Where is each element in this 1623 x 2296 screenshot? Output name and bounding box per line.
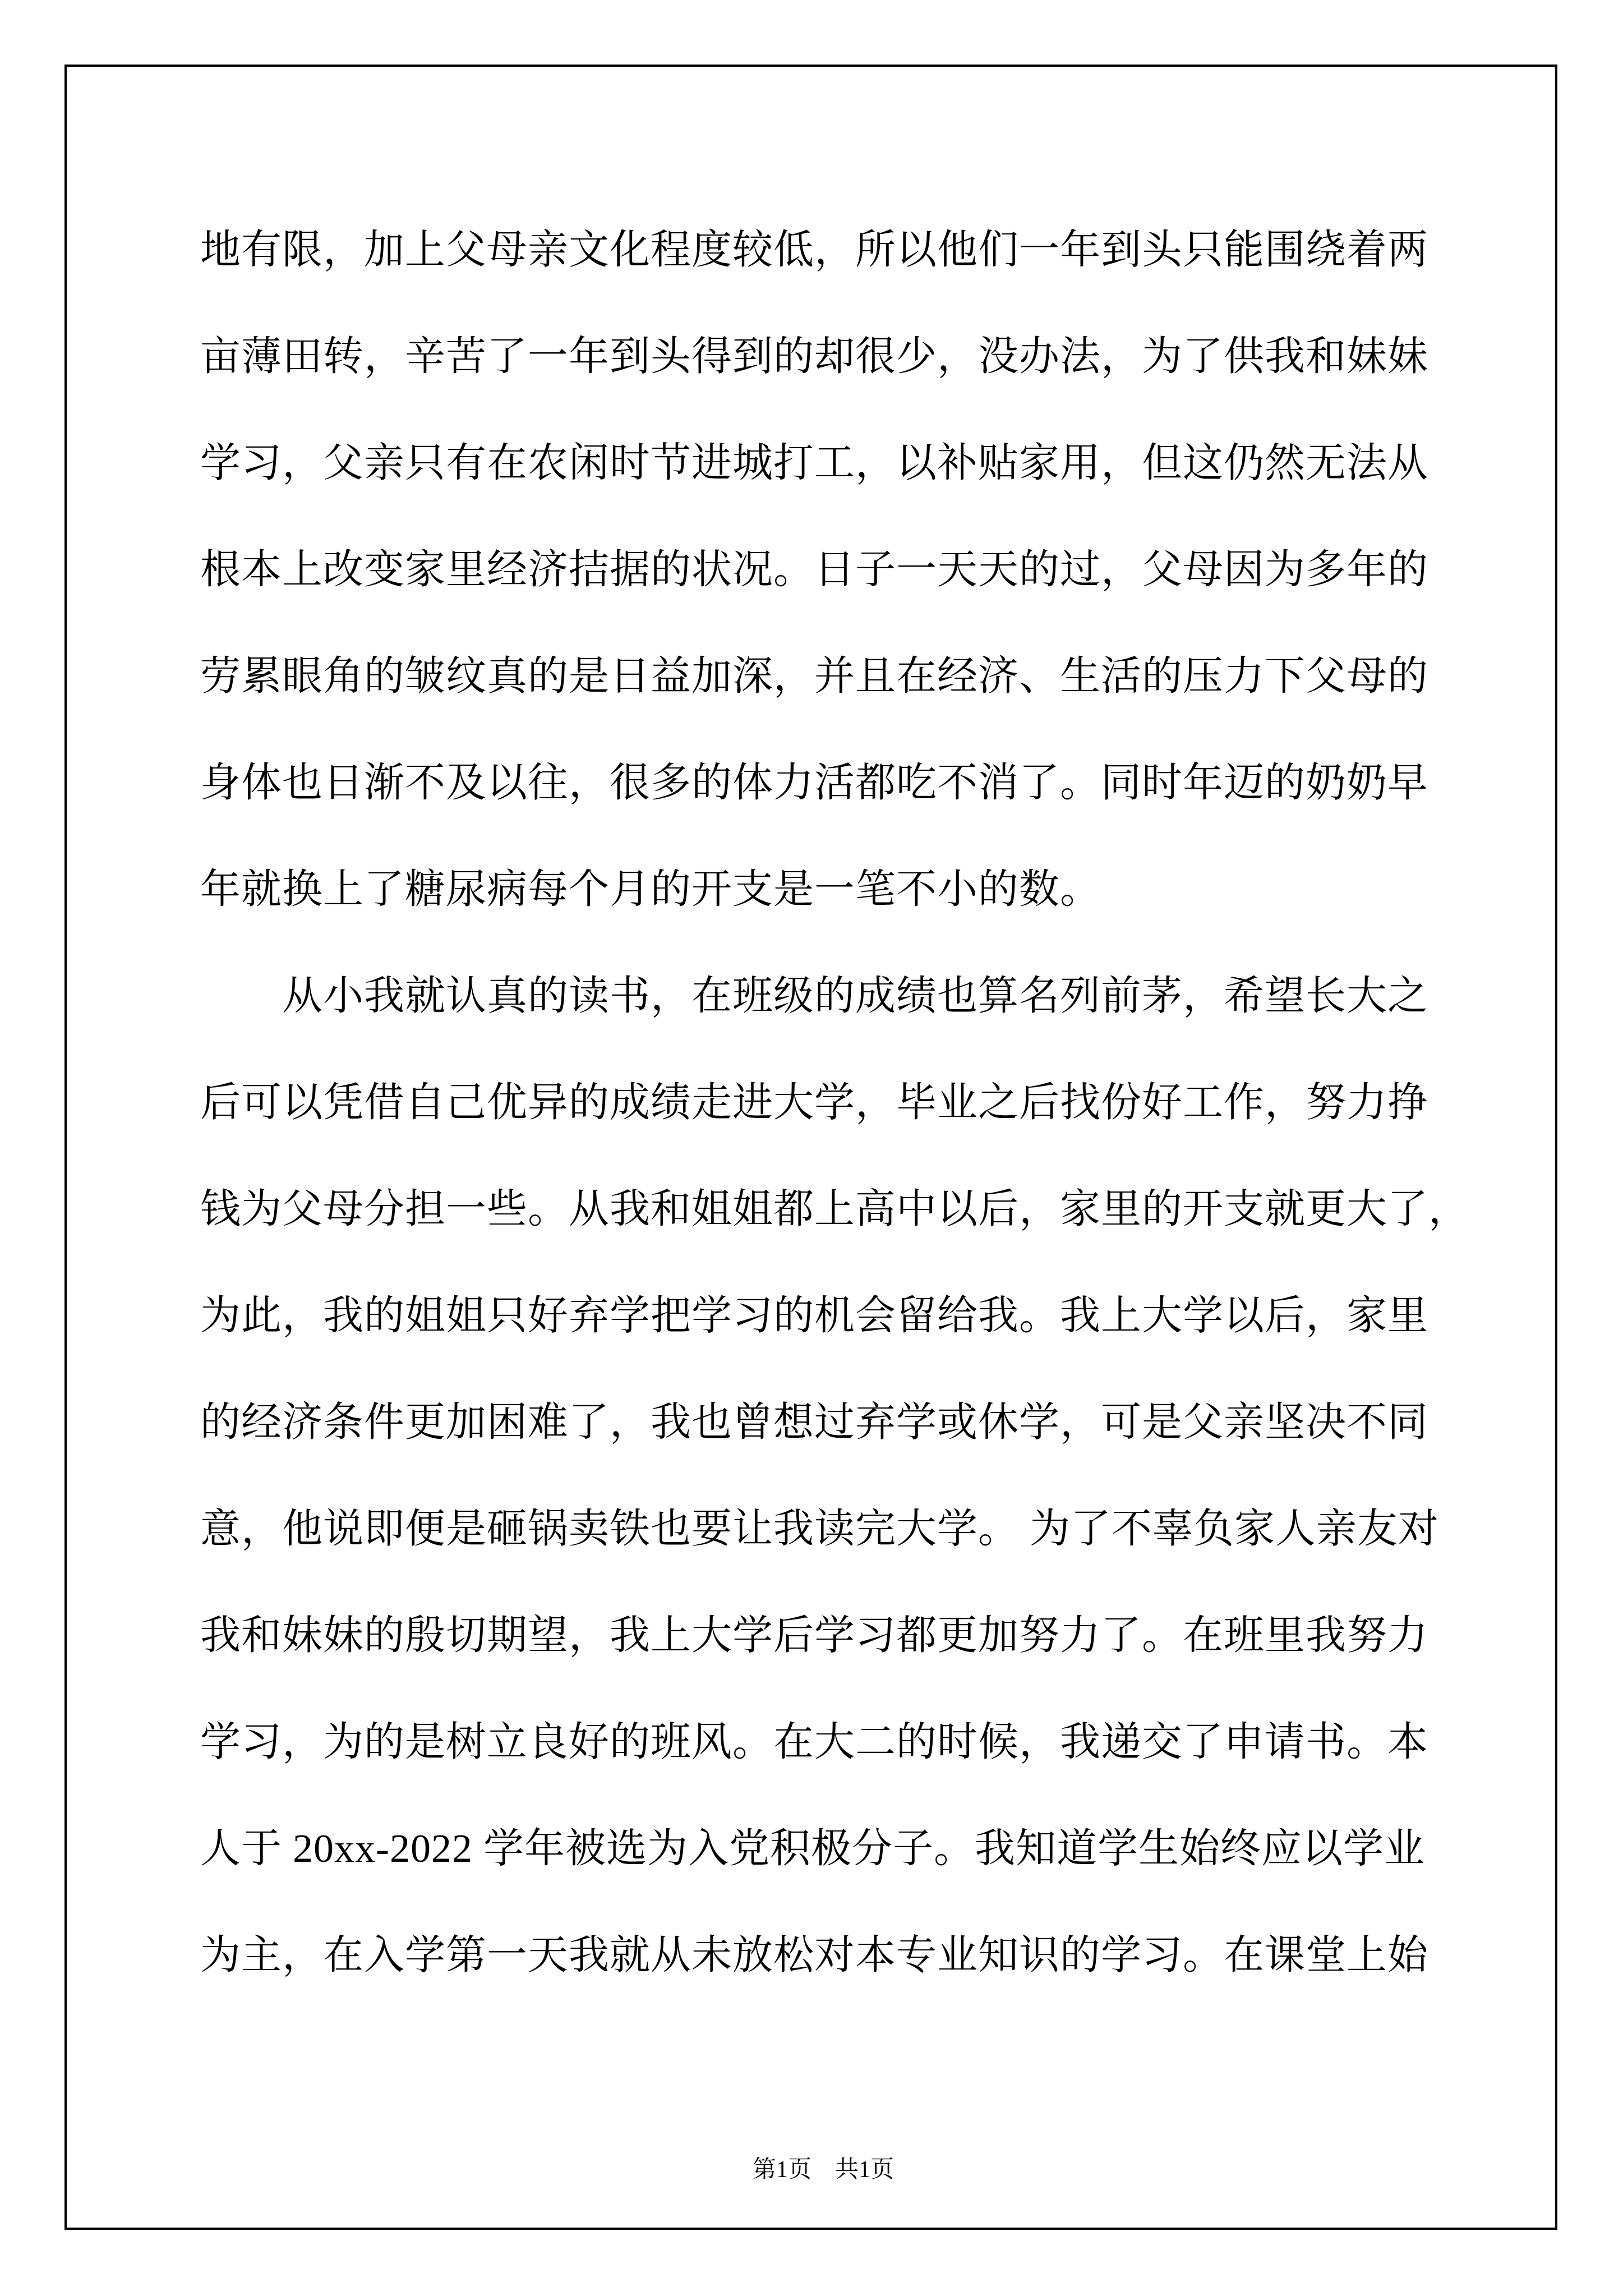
text-line: 的经济条件更加困难了，我也曾想过弃学或休学，可是父亲坚决不同 [200,1369,1434,1475]
text-line: 钱为父母分担一些。从我和姐姐都上高中以后，家里的开支就更大了， [200,1156,1434,1262]
text-line: 为此，我的姐姐只好弃学把学习的机会留给我。我上大学以后，家里 [200,1262,1434,1369]
text-line: 我和妹妹的殷切期望，我上大学后学习都更加努力了。在班里我努力 [200,1582,1434,1688]
document-body: 地有限，加上父母亲文化程度较低，所以他们一年到头只能围绕着两亩薄田转，辛苦了一年… [200,196,1434,2008]
document-page: 地有限，加上父母亲文化程度较低，所以他们一年到头只能围绕着两亩薄田转，辛苦了一年… [0,0,1623,2296]
text-line: 劳累眼角的皱纹真的是日益加深，并且在经济、生活的压力下父母的 [200,623,1434,729]
text-line: 地有限，加上父母亲文化程度较低，所以他们一年到头只能围绕着两 [200,196,1434,303]
text-line: 人于 20xx-2022 学年被选为入党积极分子。我知道学生始终应以学业 [200,1795,1434,1902]
page-footer: 第1页 共1页 [0,2129,1623,2210]
text-line: 根本上改变家里经济拮据的状况。日子一天天的过，父母因为多年的 [200,516,1434,623]
text-line: 年就换上了糖尿病每个月的开支是一笔不小的数。 [200,836,1434,942]
text-line: 后可以凭借自己优异的成绩走进大学，毕业之后找份好工作，努力挣 [200,1049,1434,1156]
text-line: 为主，在入学第一天我就从未放松对本专业知识的学习。在课堂上始 [200,1902,1434,2008]
page-number-label: 第1页 共1页 [753,2157,894,2183]
text-line: 学习，为的是树立良好的班风。在大二的时候，我递交了申请书。本 [200,1688,1434,1795]
text-line: 身体也日渐不及以往，很多的体力活都吃不消了。同时年迈的奶奶早 [200,729,1434,836]
text-line: 从小我就认真的读书，在班级的成绩也算名列前茅，希望长大之 [200,942,1434,1049]
text-line: 学习，父亲只有在农闲时节进城打工，以补贴家用，但这仍然无法从 [200,409,1434,516]
text-line: 亩薄田转，辛苦了一年到头得到的却很少，没办法，为了供我和妹妹 [200,303,1434,409]
text-line: 意，他说即便是砸锅卖铁也要让我读完大学。 为了不辜负家人亲友对 [200,1475,1434,1582]
